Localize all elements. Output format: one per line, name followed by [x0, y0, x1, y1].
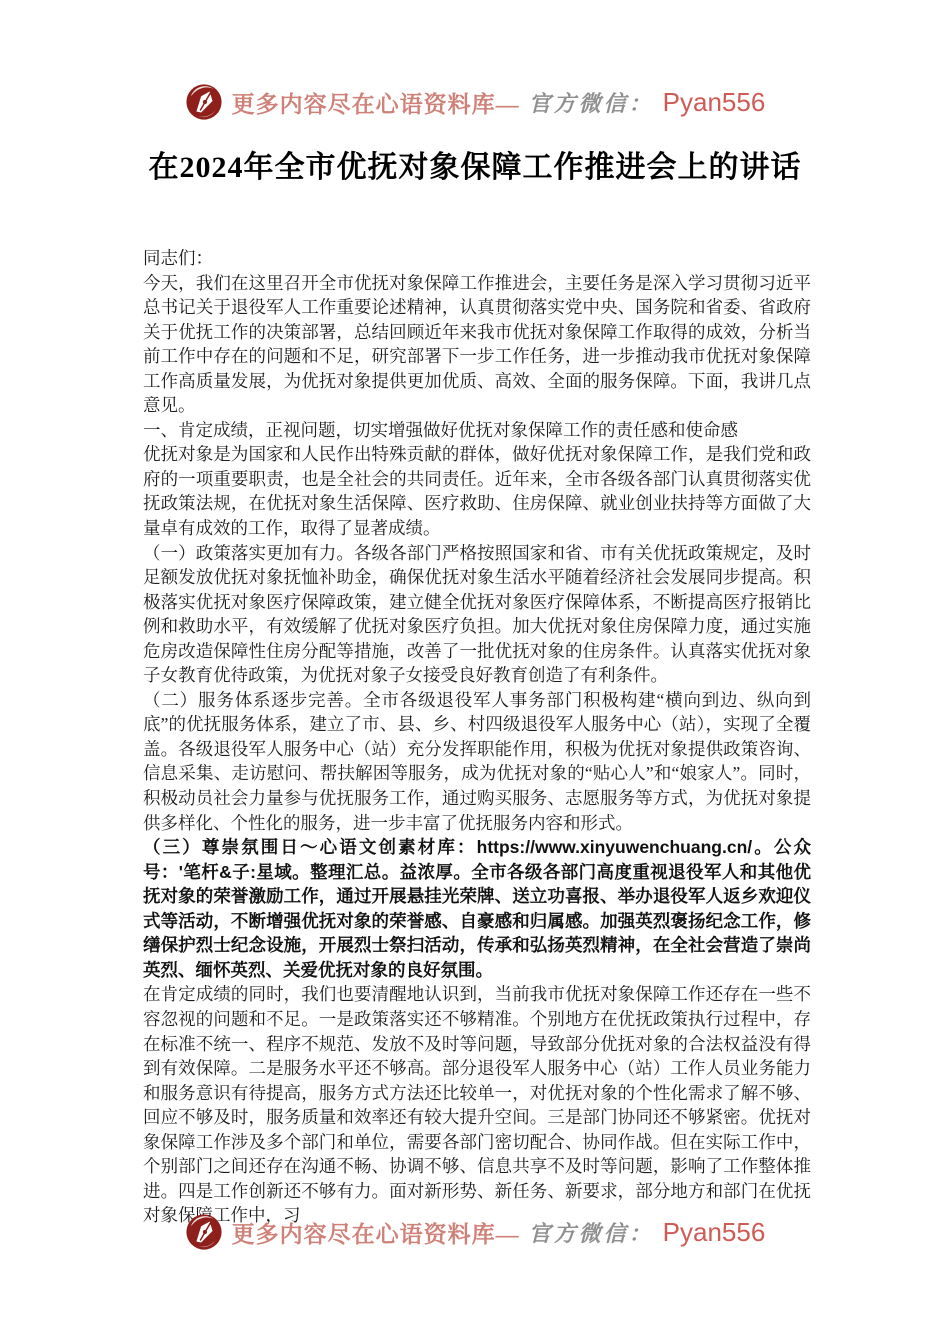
watermark-wechat-id: Pyan556 [663, 87, 766, 118]
paragraph-salutation: 同志们： [143, 246, 811, 271]
pen-nib-icon [185, 1213, 223, 1251]
paragraph-point-2: （二）服务体系逐步完善。全市各级退役军人事务部门积极构建“横向到边、纵向到底”的… [143, 688, 811, 835]
paragraph-intro: 今天，我们在这里召开全市优抚对象保障工作推进会，主要任务是深入学习贯彻习近平总书… [143, 271, 811, 418]
watermark-banner-top: 更多内容尽在心语资料库—官方微信：Pyan556 [0, 80, 950, 124]
document-body: 同志们： 今天，我们在这里召开全市优抚对象保障工作推进会，主要任务是深入学习贯彻… [143, 246, 811, 1228]
document-page: { "page": { "background": "#ffffff" }, "… [0, 0, 950, 1344]
paragraph-problems: 在肯定成绩的同时，我们也要清醒地认识到，当前我市优抚对象保障工作还存在一些不容忽… [143, 982, 811, 1227]
watermark-text: 更多内容尽在心语资料库— [232, 86, 520, 119]
watermark-wechat-label: 官方微信： [529, 1217, 654, 1248]
pen-nib-icon [185, 83, 223, 121]
watermark-text: 更多内容尽在心语资料库— [232, 1216, 520, 1249]
section-heading-1: 一、肯定成绩，正视问题，切实增强做好优抚对象保障工作的责任感和使命感 [143, 418, 811, 443]
watermark-banner-bottom: 更多内容尽在心语资料库—官方微信：Pyan556 [0, 1210, 950, 1254]
paragraph-point-3-with-watermark-text: （三）尊崇氛围日～心语文创素材库：https://www.xinyuwenchu… [143, 835, 811, 982]
paragraph-point-1: （一）政策落实更加有力。各级各部门严格按照国家和省、市有关优抚政策规定，及时足额… [143, 541, 811, 688]
paragraph-section1-lead: 优抚对象是为国家和人民作出特殊贡献的群体，做好优抚对象保障工作，是我们党和政府的… [143, 442, 811, 540]
watermark-wechat-label: 官方微信： [529, 87, 654, 118]
document-title: 在2024年全市优抚对象保障工作推进会上的讲话 [0, 148, 950, 188]
watermark-wechat-id: Pyan556 [663, 1217, 766, 1248]
